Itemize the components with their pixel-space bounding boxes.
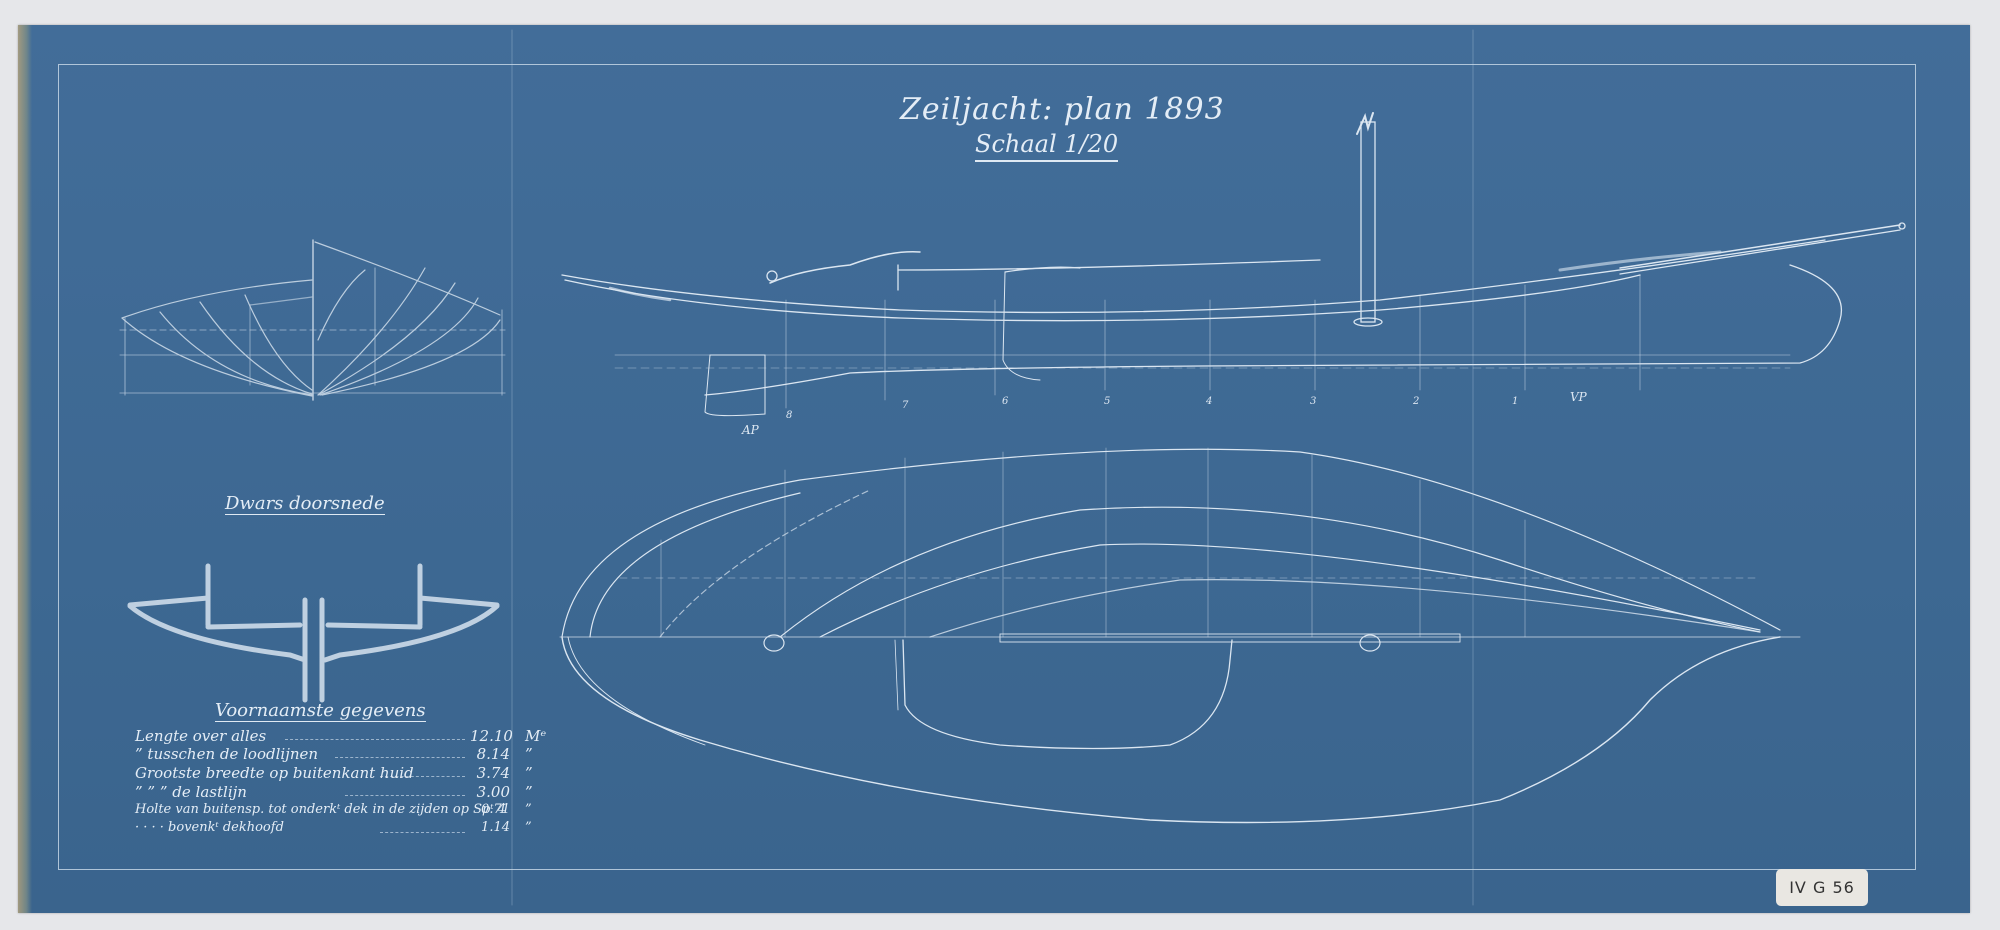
leader-dots: [335, 757, 465, 758]
station-mark: 5: [1104, 396, 1110, 407]
row-label: ” ” ” de lastlijn: [135, 783, 247, 801]
sheer-profile: [562, 113, 1905, 416]
row-unit: ”: [525, 820, 532, 835]
leader-dots: [345, 795, 465, 796]
station-mark: 7: [902, 400, 908, 411]
drawing-scale: Schaal 1/20: [975, 130, 1118, 162]
archive-label: IV G 56: [1776, 869, 1868, 906]
row-unit: Mᵉ: [525, 727, 546, 745]
row-value: 3.00: [470, 783, 510, 801]
row-label: Holte van buitensp. tot onderkᵗ dek in d…: [135, 802, 506, 817]
midship-section: [130, 566, 497, 700]
row-label: · · · · bovenkᵗ dekhoofd: [135, 820, 284, 835]
row-value: 12.10: [470, 727, 510, 745]
station-mark: 3: [1310, 396, 1316, 407]
station-mark: 6: [1002, 396, 1008, 407]
drawing-title: Zeiljacht: plan 1893: [900, 92, 1225, 127]
row-value: 1.14: [470, 820, 510, 835]
row-label: Grootste breedte op buitenkant huid: [135, 764, 414, 782]
leader-dots: [380, 832, 465, 833]
fwd-perpendicular-mark: VP: [1570, 390, 1587, 404]
cross-section-title: Dwars doorsnede: [225, 493, 385, 515]
particulars-row: · · · · bovenkᵗ dekhoofd 1.14 ”: [135, 820, 555, 842]
particulars-title: Voornaamste gegevens: [215, 700, 426, 722]
station-mark: 1: [1512, 396, 1518, 407]
leader-dots: [380, 776, 465, 777]
row-value: 0.71: [470, 802, 510, 817]
row-unit: ”: [525, 783, 533, 801]
row-value: 8.14: [470, 745, 510, 763]
row-unit: ”: [525, 802, 532, 817]
row-label: ” tusschen de loodlijnen: [135, 745, 318, 763]
station-mark: 2: [1413, 396, 1419, 407]
row-label: Lengte over alles: [135, 727, 266, 745]
row-value: 3.74: [470, 764, 510, 782]
station-mark: 8: [786, 410, 792, 421]
archive-label-text: IV G 56: [1789, 878, 1855, 897]
row-unit: ”: [525, 745, 533, 763]
body-plan: [120, 240, 505, 400]
half-breadth-plan: [560, 448, 1800, 823]
station-mark: 4: [1206, 396, 1212, 407]
row-unit: ”: [525, 764, 533, 782]
aft-perpendicular-mark: AP: [742, 423, 759, 437]
leader-dots: [285, 739, 465, 740]
